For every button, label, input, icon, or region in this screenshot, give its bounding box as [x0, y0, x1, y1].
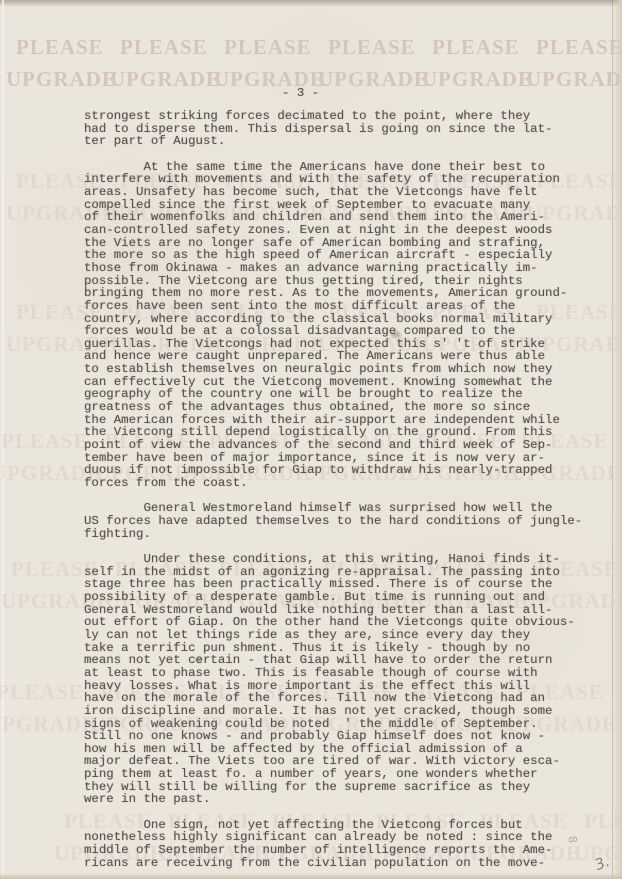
watermark-word: PLEASE	[432, 35, 520, 59]
watermark-word: PLEASE	[120, 35, 208, 59]
watermark-word: PLEASE	[1, 429, 89, 453]
watermark-word: PLEASE	[0, 680, 84, 704]
watermark-word: PLEASE	[536, 35, 622, 59]
watermark-please-row: PLEASEPLEASEPLEASEPLEASEPLEASEPLEASE	[0, 35, 622, 59]
watermark-word: PLEASE	[224, 35, 312, 59]
scan-edge-left	[2, 0, 4, 879]
scan-edge-top	[0, 0, 622, 7]
handwritten-page-mark: 3.	[592, 852, 612, 874]
watermark-word: UPGRADE	[422, 67, 533, 91]
watermark-word: UPGRADE	[526, 67, 622, 91]
watermark-word: PLEASE	[328, 35, 416, 59]
document-body: strongest striking forces decimated to t…	[84, 110, 582, 879]
paragraph-3: General Westmoreland himself was surpris…	[84, 502, 582, 540]
watermark-word: PLEASE	[584, 809, 622, 833]
page-number: - 3 -	[282, 86, 319, 100]
scanned-document-page: PLEASEPLEASEPLEASEPLEASEPLEASEPLEASEUPGR…	[0, 0, 622, 879]
paragraph-4: Under these conditions, at this writing,…	[84, 553, 582, 806]
paragraph-5: One sign, not yet affecting the Vietcong…	[84, 819, 582, 870]
watermark-word: UPGRADE	[110, 67, 221, 91]
paragraph-2: At the same time the Americans have done…	[84, 161, 582, 490]
watermark-word: UPGRADE	[6, 67, 117, 91]
scan-edge-right	[613, 0, 622, 879]
scan-edge-right-line	[612, 0, 613, 879]
watermark-word: UPGRADE	[0, 712, 97, 736]
paragraph-1: strongest striking forces decimated to t…	[84, 110, 582, 148]
watermark-word: PLEASE	[16, 35, 104, 59]
watermark-word: UPGRADE	[318, 67, 429, 91]
